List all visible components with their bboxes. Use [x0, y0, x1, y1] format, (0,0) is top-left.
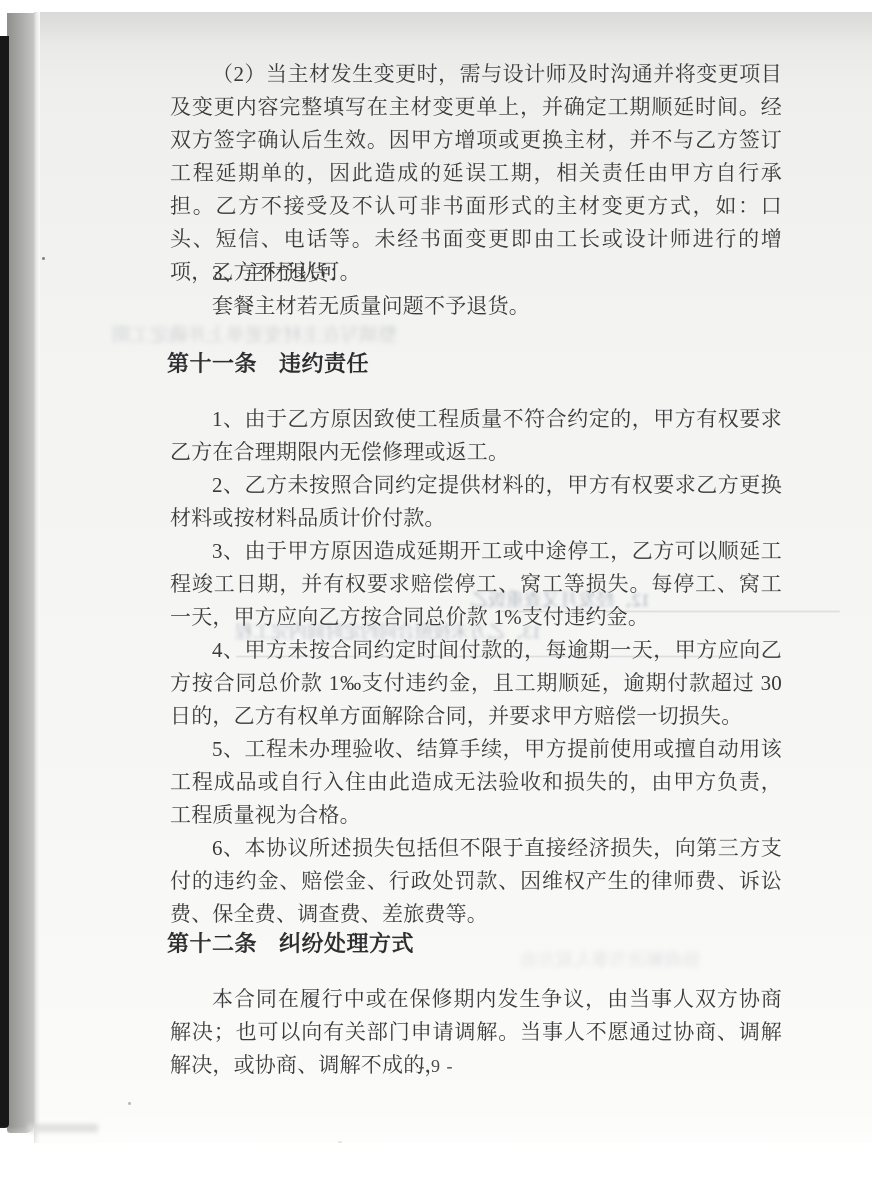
scan-speck: [128, 1102, 131, 1105]
scan-speck: [42, 257, 45, 260]
article-12-heading: 第十二条纠纷处理方式: [167, 929, 782, 959]
clause-3-title: 3、主材退货：: [170, 257, 782, 290]
scan-edge-black-bar: [0, 36, 9, 1128]
article-11-item: 6、本协议所述损失包括但不限于直接经济损失，向第三方支付的违约金、赔偿金、行政处…: [170, 832, 782, 931]
article-11-item: 5、工程未办理验收、结算手续，甲方提前使用或擅自动用该工程成品或自行入住由此造成…: [170, 733, 782, 832]
scan-bottom-fade: [0, 1126, 872, 1168]
clause-3-body: 套餐主材若无质量问题不予退货。: [170, 290, 782, 323]
clause-2-paragraph: （2）当主材发生变更时，需与设计师及时沟通并将变更项目及变更内容完整填写在主材变…: [170, 58, 782, 289]
page-number: - 9 -: [0, 1056, 872, 1077]
article-11-item: 1、由于乙方原因致使工程质量不符合约定的，甲方有权要求乙方在合理期限内无偿修理或…: [170, 403, 782, 469]
article-11-items: 1、由于乙方原因致使工程质量不符合约定的，甲方有权要求乙方在合理期限内无偿修理或…: [170, 403, 782, 931]
article-11-number: 第十一条: [167, 351, 257, 376]
scan-edge-gray-bar: [7, 13, 34, 1133]
article-11-item: 3、由于甲方原因造成延期开工或中途停工，乙方可以顺延工程竣工日期，并有权要求赔偿…: [170, 535, 782, 634]
article-11-item: 2、乙方未按照合同约定提供材料的，甲方有权要求乙方更换材料或按材料品质计价付款。: [170, 469, 782, 535]
article-11-item: 4、甲方未按合同约定时间付款的，每逾期一天，甲方应向乙方按合同总价款 1‰支付违…: [170, 634, 782, 733]
article-11-title: 违约责任: [279, 351, 369, 376]
scanned-contract-page: 整填写在主材变更单上并确定工期 12、经发月又查重饭乙 13、乙方未按照合同约定…: [0, 0, 872, 1200]
article-11-heading: 第十一条违约责任: [167, 349, 782, 379]
article-12-title: 纠纷处理方式: [279, 931, 414, 956]
article-12-number: 第十二条: [167, 931, 257, 956]
